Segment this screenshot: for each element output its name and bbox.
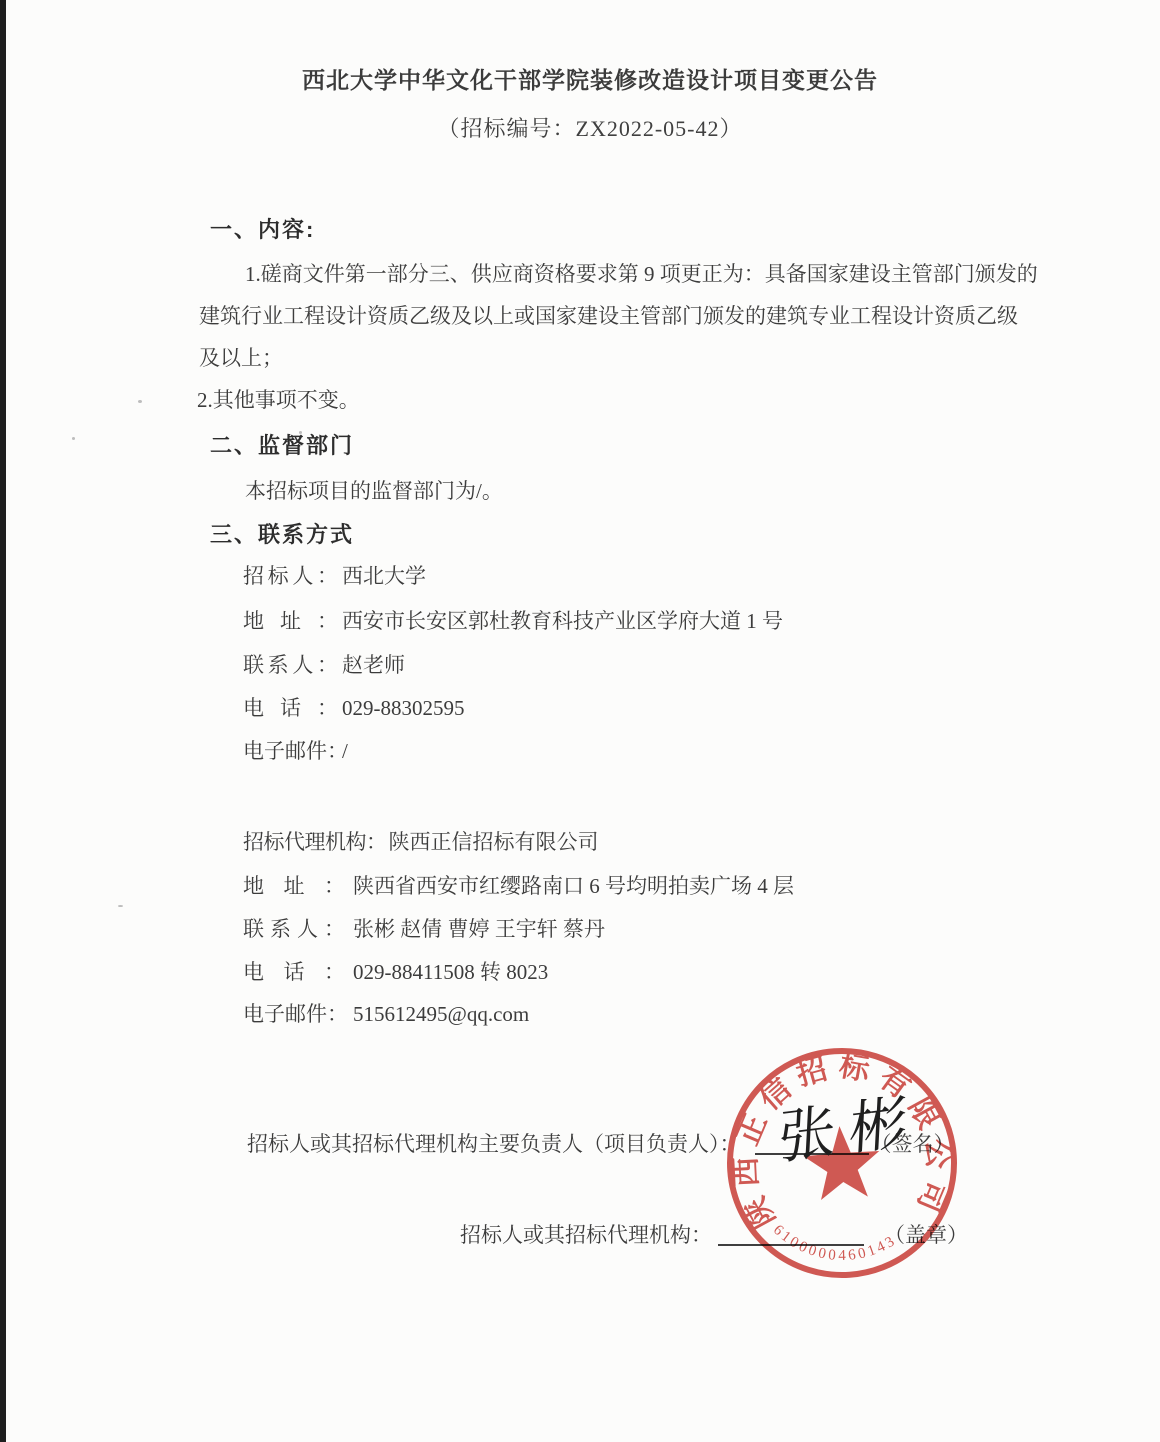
agency-label: 联系人： bbox=[243, 913, 345, 943]
section-heading-supervision: 二、监督部门 bbox=[210, 429, 354, 460]
scan-speckle bbox=[138, 400, 142, 403]
tenderer-label: 招标人： bbox=[243, 560, 338, 590]
content-line-2: 建筑行业工程设计资质乙级及以上或国家建设主管部门颁发的建筑专业工程设计资质乙级 bbox=[199, 300, 1018, 330]
tenderer-row: 招标人：西北大学 bbox=[243, 560, 426, 590]
agency-label: 电子邮件： bbox=[243, 998, 345, 1028]
agency-row: 电话：029-88411508 转 8023 bbox=[243, 956, 548, 986]
agency-label: 招标代理机构： bbox=[243, 826, 387, 856]
agency-row: 电子邮件：515612495@qq.com bbox=[243, 998, 529, 1028]
supervision-body: 本招标项目的监督部门为/。 bbox=[245, 475, 503, 505]
handwritten-signature: 张彬 bbox=[776, 1073, 923, 1176]
agency-row: 联系人：张彬 赵倩 曹婷 王宇轩 蔡丹 bbox=[243, 913, 605, 943]
tenderer-label: 地址： bbox=[243, 605, 338, 635]
content-line-1: 1.磋商文件第一部分三、供应商资格要求第 9 项更正为：具备国家建设主管部门颁发… bbox=[245, 258, 1038, 288]
agency-value: 张彬 赵倩 曹婷 王宇轩 蔡丹 bbox=[353, 917, 605, 941]
scanned-document-page: 西北大学中华文化干部学院装修改造设计项目变更公告 （招标编号：ZX2022-05… bbox=[0, 0, 1160, 1442]
tenderer-value: / bbox=[342, 739, 348, 763]
scan-edge-artifact bbox=[0, 0, 6, 1442]
section-heading-contact: 三、联系方式 bbox=[210, 518, 354, 549]
tenderer-value: 赵老师 bbox=[342, 653, 405, 677]
tenderer-value: 029-88302595 bbox=[342, 696, 465, 720]
tenderer-label: 电子邮件： bbox=[243, 735, 338, 765]
agency-row: 地址：陕西省西安市红缨路南口 6 号均明拍卖广场 4 层 bbox=[243, 870, 794, 900]
content-line-4: 2.其他事项不变。 bbox=[197, 384, 360, 414]
scan-speckle bbox=[72, 437, 75, 440]
agency-value: 陕西省西安市红缨路南口 6 号均明拍卖广场 4 层 bbox=[353, 874, 794, 898]
leader-signature-label: 招标人或其招标代理机构主要负责人（项目负责人）： bbox=[247, 1132, 741, 1156]
section-heading-content: 一、内容: bbox=[210, 213, 315, 244]
agency-label: 电话： bbox=[243, 956, 345, 986]
tenderer-row: 联系人：赵老师 bbox=[243, 649, 405, 679]
agency-value: 515612495@qq.com bbox=[353, 1002, 529, 1026]
content-line-3: 及以上； bbox=[199, 342, 283, 372]
tenderer-row: 电话：029-88302595 bbox=[243, 692, 465, 722]
agency-value: 029-88411508 转 8023 bbox=[353, 960, 548, 984]
tenderer-row: 地址：西安市长安区郭杜教育科技产业区学府大道 1 号 bbox=[243, 605, 783, 635]
tenderer-label: 电话： bbox=[243, 692, 338, 722]
tender-number: （招标编号：ZX2022-05-42） bbox=[0, 112, 1160, 143]
tenderer-value: 西安市长安区郭杜教育科技产业区学府大道 1 号 bbox=[342, 609, 783, 633]
agency-value: 陕西正信招标有限公司 bbox=[389, 830, 599, 854]
tenderer-row: 电子邮件：/ bbox=[243, 735, 348, 765]
document-title: 西北大学中华文化干部学院装修改造设计项目变更公告 bbox=[0, 62, 1160, 95]
scan-speckle bbox=[118, 905, 123, 907]
agency-row: 招标代理机构：陕西正信招标有限公司 bbox=[243, 826, 599, 856]
tenderer-label: 联系人： bbox=[243, 649, 338, 679]
org-stamp-label: 招标人或其招标代理机构： bbox=[460, 1223, 712, 1247]
tenderer-value: 西北大学 bbox=[342, 564, 426, 588]
agency-label: 地址： bbox=[243, 870, 345, 900]
